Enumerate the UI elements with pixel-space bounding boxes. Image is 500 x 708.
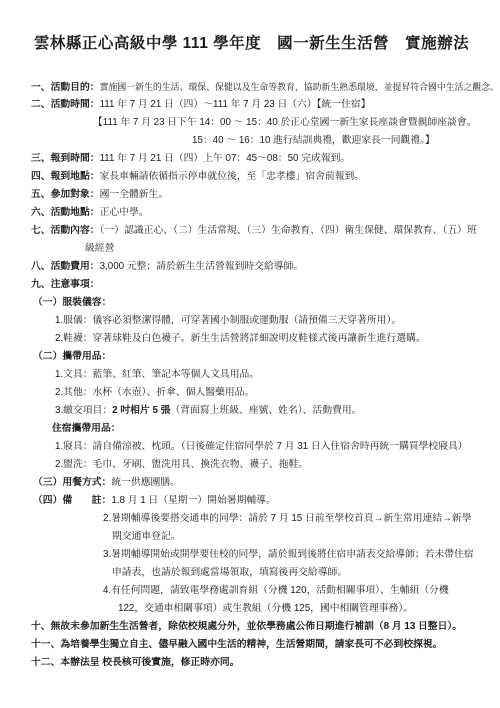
doc-text: 111 年 7 月 21 日（四）上午 07：45～08：50 完成報到。 <box>100 153 351 164</box>
doc-text: 期交通車登記。 <box>112 531 181 542</box>
doc-line: 十、無故未參加新生生活營者，除依校規處分外，並依學務處公佈日期進行補訓（8 月 … <box>31 618 472 636</box>
doc-line: 2.其他：水杯（水壺）、折傘、個人醫藥用品。 <box>31 384 472 402</box>
doc-line: 級經營 <box>31 240 472 258</box>
doc-text: 2.暑期輔導後要搭交通車的同學：請於 7 月 15 日前至學校首頁→新生常用連結… <box>103 513 472 524</box>
doc-text: 1.8 月 1 日（星期一）開始暑期輔導。 <box>111 495 275 506</box>
doc-line: 住宿攜帶用品： <box>31 420 472 438</box>
doc-text: 1.寢具：請自備涼被、枕頭。（日後確定住宿同學於 7 月 31 日入住宿舍時再統… <box>55 441 468 452</box>
doc-text-bold: 六、活動地點： <box>31 207 100 218</box>
doc-text: （一）認識正心、（二）生活常規、（三）生命教育、（四）衛生保健、環保教育、（五）… <box>100 225 477 236</box>
doc-text-bold: 一、活動目的： <box>31 82 100 93</box>
doc-text-bold: 十二、本辦法呈 校長核可後實施，修正時亦同。 <box>31 657 239 668</box>
doc-text: 3.繳交項目： <box>55 405 112 416</box>
doc-text: 122，交通車相關事項）或生教組（分機 125，國中相關管理事務）。 <box>118 603 413 614</box>
doc-line: （二）攜帶用品： <box>31 348 472 366</box>
doc-line: 一、活動目的：實施國一新生的生活、環保、保健以及生命等教育，協助新生熟悉環境，並… <box>31 78 472 96</box>
doc-line: 4.有任何問題，請致電學務處訓育組（分機 120，活動相關事項）、生輔組（分機 <box>31 582 472 600</box>
doc-text: 15：40 ～ 16：10 進行結訓典禮，歡迎家長一同觀禮。】 <box>192 135 435 146</box>
doc-text: （背面寫上班級、座號、姓名）、活動費用。 <box>170 405 361 416</box>
doc-text: 實施國一新生的生活、環保、保健以及生命等教育，協助新生熟悉環境，並提昇符合國中生… <box>100 82 499 92</box>
doc-text-bold: 十一、為培養學生獨立自主、儘早融入國中生活的精神，生活營期間，請家長可不必到校探… <box>31 639 442 650</box>
doc-text: 申請表，也請於報到處當場領取，填寫後再交給導師。 <box>112 567 347 578</box>
doc-text: 4.有任何問題，請致電學務處訓育組（分機 120，活動相關事項）、生輔組（分機 <box>103 585 449 596</box>
doc-line: 15：40 ～ 16：10 進行結訓典禮，歡迎家長一同觀禮。】 <box>31 132 472 150</box>
doc-text-bold: 八、活動費用： <box>31 261 100 272</box>
doc-lines: 一、活動目的：實施國一新生的生活、環保、保健以及生命等教育，協助新生熟悉環境，並… <box>31 78 472 672</box>
doc-text-bold: 住宿攜帶用品： <box>52 423 121 434</box>
document-title: 雲林縣正心高級中學 111 學年度 國一新生生活營 實施辦法 <box>31 34 472 54</box>
doc-line: 十一、為培養學生獨立自主、儘早融入國中生活的精神，生活營期間，請家長可不必到校探… <box>31 636 472 654</box>
document-page: 雲林縣正心高級中學 111 學年度 國一新生生活營 實施辦法 一、活動目的：實施… <box>0 0 500 708</box>
doc-line: （三）用餐方式：統一供應團膳。 <box>31 474 472 492</box>
doc-text: 111 年 7 月 21 日（四）～111 年 7 月 23 日（六）【統一住宿… <box>100 99 371 110</box>
doc-text: 正心中學。 <box>100 207 149 218</box>
doc-text-bold: （四）備 註： <box>33 495 111 506</box>
doc-line: 二、活動時間：111 年 7 月 21 日（四）～111 年 7 月 23 日（… <box>31 96 472 114</box>
doc-text: 2.盥洗：毛巾、牙刷、盥洗用具、換洗衣物、襪子、拖鞋。 <box>55 459 308 470</box>
doc-text: 3.暑期輔導開始或開學要住校的同學，請於報到後將住宿申請表交給導師；若未帶住宿 <box>103 549 474 560</box>
doc-line: 122，交通車相關事項）或生教組（分機 125，國中相關管理事務）。 <box>31 600 472 618</box>
doc-text-bold: 九、注意事項： <box>31 279 100 290</box>
doc-line: 四、報到地點：家長車輛請依循指示停車就位後，至「忠孝樓」宿舍前報到。 <box>31 168 472 186</box>
doc-text-bold: 三、報到時間： <box>31 153 100 164</box>
doc-text-bold: （三）用餐方式： <box>33 477 111 488</box>
doc-text: 1.文具：藍筆、紅筆、筆記本等個人文具用品。 <box>55 369 259 380</box>
doc-line: 【111 年 7 月 23 日下午 14：00 ～ 15：40 於正心堂國一新生… <box>31 114 472 132</box>
doc-text: 2.鞋襪：穿著球鞋及白色襪子。新生生活營將詳細說明皮鞋樣式後再讓新生進行選購。 <box>55 333 426 344</box>
doc-line: 十二、本辦法呈 校長核可後實施，修正時亦同。 <box>31 654 472 672</box>
doc-text-bold: 二、活動時間： <box>31 99 100 110</box>
doc-line: 2.盥洗：毛巾、牙刷、盥洗用具、換洗衣物、襪子、拖鞋。 <box>31 456 472 474</box>
doc-line: 五、參加對象：國一全體新生。 <box>31 186 472 204</box>
doc-line: 2.暑期輔導後要搭交通車的同學：請於 7 月 15 日前至學校首頁→新生常用連結… <box>31 510 472 528</box>
doc-line: 三、報到時間：111 年 7 月 21 日（四）上午 07：45～08：50 完… <box>31 150 472 168</box>
doc-line: 九、注意事項： <box>31 276 472 294</box>
doc-line: 1.文具：藍筆、紅筆、筆記本等個人文具用品。 <box>31 366 472 384</box>
doc-text-bold: 四、報到地點： <box>31 171 100 182</box>
doc-line: 期交通車登記。 <box>31 528 472 546</box>
doc-text: 級經營 <box>85 243 114 254</box>
doc-line: 3.暑期輔導開始或開學要住校的同學，請於報到後將住宿申請表交給導師；若未帶住宿 <box>31 546 472 564</box>
doc-line: 七、活動內容：（一）認識正心、（二）生活常規、（三）生命教育、（四）衛生保健、環… <box>31 222 472 240</box>
doc-text: 家長車輛請依循指示停車就位後，至「忠孝樓」宿舍前報到。 <box>100 171 365 182</box>
doc-line: 八、活動費用：3,000 元整；請於新生生活營報到時交給導師。 <box>31 258 472 276</box>
doc-line: 申請表，也請於報到處當場領取，填寫後再交給導師。 <box>31 564 472 582</box>
doc-line: 1.服儀：儀容必須整潔得體，可穿著國小制服或運動服（請預備三天穿著所用）。 <box>31 312 472 330</box>
doc-line: （一）服裝儀容： <box>31 294 472 312</box>
doc-line: （四）備 註：1.8 月 1 日（星期一）開始暑期輔導。 <box>31 492 472 510</box>
doc-text-bold: （一）服裝儀容： <box>33 297 111 308</box>
doc-line: 1.寢具：請自備涼被、枕頭。（日後確定住宿同學於 7 月 31 日入住宿舍時再統… <box>31 438 472 456</box>
doc-text-bold: 十、無故未參加新生生活營者，除依校規處分外，並依學務處公佈日期進行補訓（8 月 … <box>31 621 462 632</box>
doc-text: 1.服儀：儀容必須整潔得體，可穿著國小制服或運動服（請預備三天穿著所用）。 <box>55 315 401 326</box>
doc-text: 【111 年 7 月 23 日下午 14：00 ～ 15：40 於正心堂國一新生… <box>93 117 476 128</box>
doc-line: 3.繳交項目：2 吋相片 5 張（背面寫上班級、座號、姓名）、活動費用。 <box>31 402 472 420</box>
doc-line: 六、活動地點：正心中學。 <box>31 204 472 222</box>
doc-text: 2.其他：水杯（水壺）、折傘、個人醫藥用品。 <box>55 387 254 398</box>
doc-text-bold: 2 吋相片 5 張 <box>112 405 170 416</box>
doc-text-bold: 五、參加對象： <box>31 189 100 200</box>
doc-text-bold: （二）攜帶用品： <box>33 351 111 362</box>
doc-text: 3,000 元整；請於新生生活營報到時交給導師。 <box>100 261 304 272</box>
doc-text: 統一供應團膳。 <box>111 477 180 488</box>
doc-line: 2.鞋襪：穿著球鞋及白色襪子。新生生活營將詳細說明皮鞋樣式後再讓新生進行選購。 <box>31 330 472 348</box>
doc-text-bold: 七、活動內容： <box>31 225 100 236</box>
doc-text: 國一全體新生。 <box>100 189 169 200</box>
